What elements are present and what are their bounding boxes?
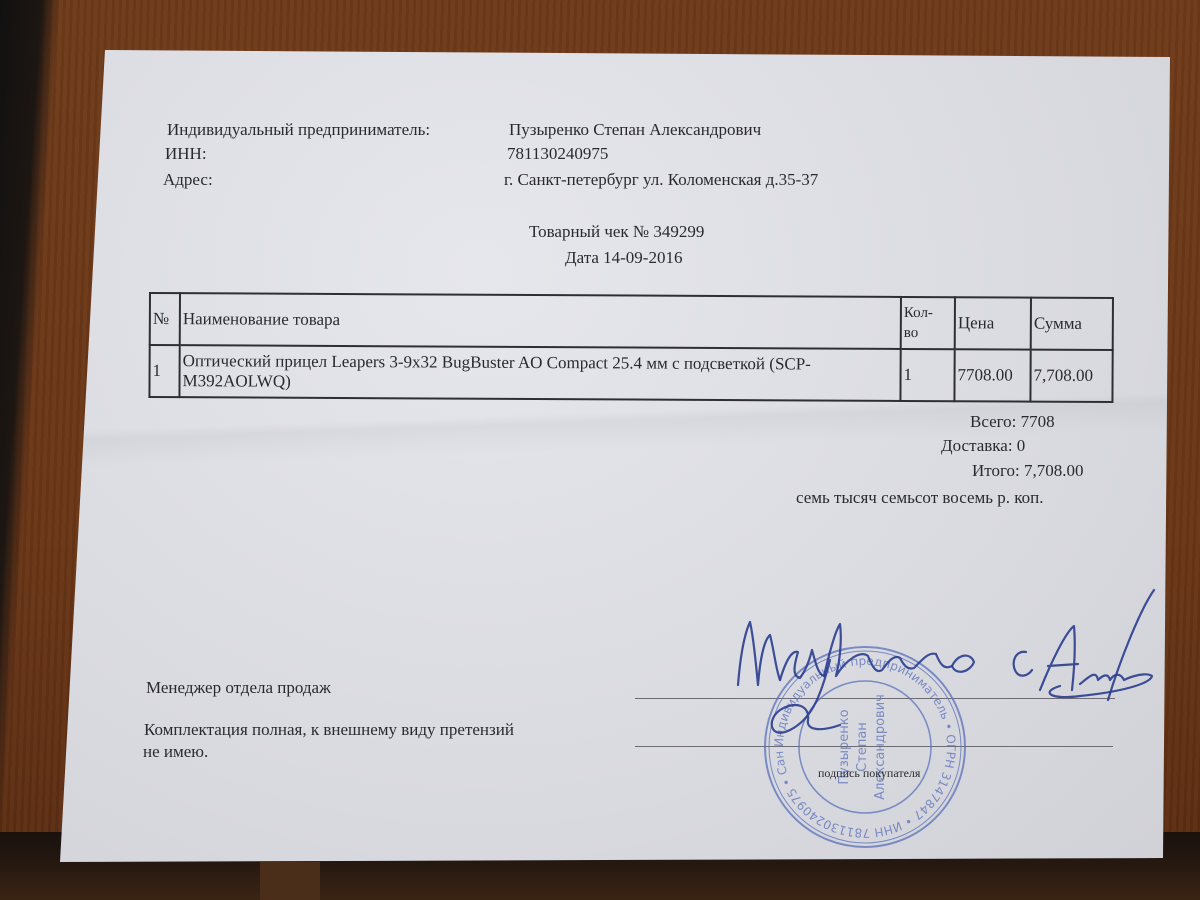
row-name: Оптический прицел Leapers 3-9x32 BugBust…	[179, 345, 900, 401]
delivery: Доставка: 0	[941, 436, 1025, 456]
address-label: Адрес:	[163, 170, 213, 190]
completeness-statement-line2: не имею.	[143, 742, 208, 762]
row-number: 1	[149, 345, 179, 397]
items-table: № Наименование товара Кол-во Цена Сумма …	[148, 292, 1114, 403]
table-header-row: № Наименование товара Кол-во Цена Сумма	[150, 293, 1113, 350]
row-sum: 7,708.00	[1030, 350, 1112, 402]
subtotal: Всего: 7708	[970, 412, 1055, 432]
grand-total: Итого: 7,708.00	[972, 461, 1084, 481]
col-header-qty: Кол-во	[901, 297, 955, 349]
handwritten-signature	[700, 580, 1180, 780]
row-qty: 1	[900, 349, 954, 401]
desk-plank	[260, 862, 320, 900]
seller-name: Пузыренко Степан Александрович	[509, 120, 761, 140]
seller-type-label: Индивидуальный предприниматель:	[167, 120, 430, 140]
receipt-date: Дата 14-09-2016	[565, 248, 682, 268]
table-row: 1 Оптический прицел Leapers 3-9x32 BugBu…	[149, 345, 1112, 402]
receipt-paper: Индивидуальный предприниматель: Пузыренк…	[0, 0, 1200, 900]
total-in-words: семь тысяч семьсот восемь р. коп.	[796, 488, 1044, 508]
receipt-title: Товарный чек № 349299	[529, 222, 704, 242]
col-header-sum: Сумма	[1031, 298, 1113, 350]
row-price: 7708.00	[954, 349, 1030, 401]
col-header-number: №	[150, 293, 180, 345]
inn-value: 781130240975	[507, 144, 608, 164]
address-value: г. Санкт-петербург ул. Коломенская д.35-…	[504, 170, 818, 190]
inn-label: ИНН:	[165, 144, 207, 164]
completeness-statement-line1: Комплектация полная, к внешнему виду пре…	[144, 720, 514, 740]
col-header-name: Наименование товара	[180, 293, 901, 349]
col-header-price: Цена	[955, 297, 1031, 349]
manager-label: Менеджер отдела продаж	[146, 678, 331, 698]
